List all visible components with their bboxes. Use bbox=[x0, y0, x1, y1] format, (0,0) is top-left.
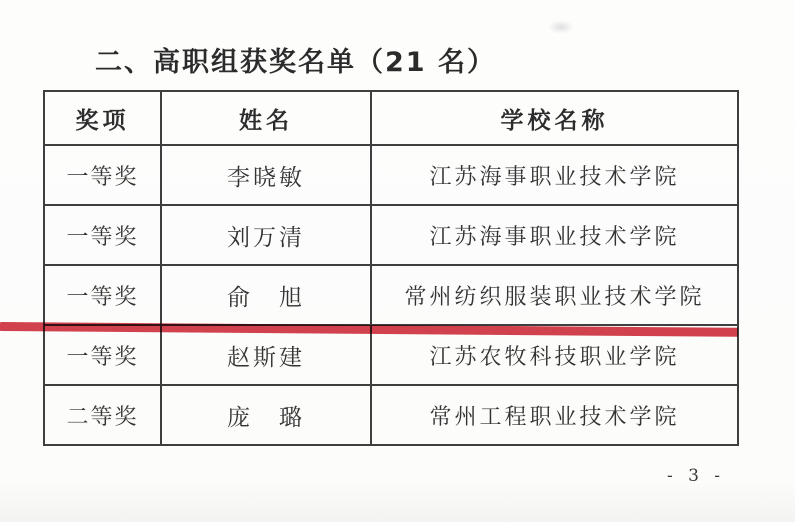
cell-award: 二等奖 bbox=[44, 385, 161, 445]
header-name: 姓名 bbox=[161, 91, 371, 145]
cell-award: 一等奖 bbox=[44, 325, 161, 385]
section-title: 二、高职组获奖名单（21 名） bbox=[95, 40, 496, 79]
cell-award: 一等奖 bbox=[44, 265, 161, 325]
header-school: 学校名称 bbox=[371, 91, 738, 145]
cell-name: 赵斯建 bbox=[161, 325, 371, 385]
scan-artifact bbox=[548, 20, 574, 34]
table-row: 一等奖 李晓敏 江苏海事职业技术学院 bbox=[44, 145, 738, 205]
cell-award: 一等奖 bbox=[44, 205, 161, 265]
cell-school: 常州工程职业技术学院 bbox=[371, 385, 738, 445]
scanned-document-page: 二、高职组获奖名单（21 名） 奖项 姓名 学校名称 一等奖 李晓敏 江苏海事职… bbox=[0, 0, 795, 522]
cell-school: 江苏海事职业技术学院 bbox=[371, 205, 738, 265]
page-number: - 3 - bbox=[648, 466, 744, 486]
cell-name: 俞 旭 bbox=[161, 265, 371, 325]
header-award: 奖项 bbox=[44, 91, 161, 145]
table-row: 一等奖 刘万清 江苏海事职业技术学院 bbox=[44, 205, 738, 265]
cell-award: 一等奖 bbox=[44, 145, 161, 205]
cell-school: 江苏海事职业技术学院 bbox=[371, 145, 738, 205]
table-row: 二等奖 庞 璐 常州工程职业技术学院 bbox=[44, 385, 738, 445]
table-header-row: 奖项 姓名 学校名称 bbox=[44, 91, 738, 145]
cell-name: 庞 璐 bbox=[161, 385, 371, 445]
cell-name: 李晓敏 bbox=[161, 145, 371, 205]
award-table: 奖项 姓名 学校名称 一等奖 李晓敏 江苏海事职业技术学院 一等奖 刘万清 江苏… bbox=[43, 90, 739, 446]
cell-school: 常州纺织服装职业技术学院 bbox=[371, 265, 738, 325]
cell-name: 刘万清 bbox=[161, 205, 371, 265]
table-row-highlighted: 一等奖 俞 旭 常州纺织服装职业技术学院 bbox=[44, 265, 738, 325]
